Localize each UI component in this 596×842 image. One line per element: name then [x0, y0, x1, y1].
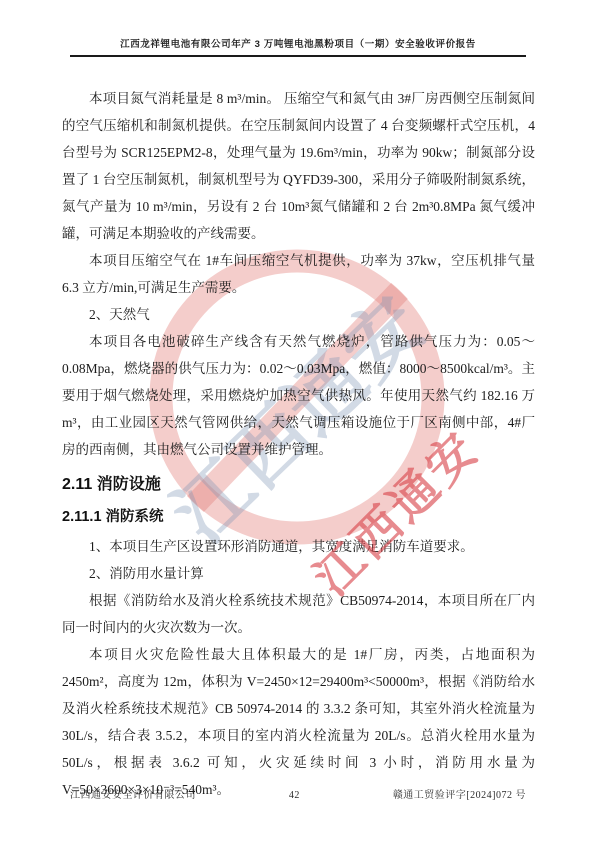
section-heading: 2.11 消防设施	[62, 470, 535, 500]
paragraph: 2、消防用水量计算	[62, 560, 535, 587]
section-heading: 2.11.1 消防系统	[62, 503, 535, 532]
paragraph: 本项目氮气消耗量是 8 m³/min。 压缩空气和氮气由 3#厂房西侧空压制氮间…	[62, 85, 535, 247]
footer-doc-number: 赣通工贸验评字[2024]072 号	[393, 786, 526, 801]
paragraph: 根据《消防给水及消火栓系统技术规范》CB50974-2014，本项目所在厂内同一…	[62, 587, 535, 641]
paragraph: 2、天然气	[62, 301, 535, 328]
paragraph: 本项目压缩空气在 1#车间压缩空气机提供，功率为 37kw，空压机排气量 6.3…	[62, 247, 535, 301]
footer-company: 江西通安安全评价有限公司	[70, 786, 196, 801]
document-page: 江西通安 江西龙祥锂电池有限公司年产 3 万吨锂电池黑粉项目（一期）安全验收评价…	[0, 0, 596, 842]
document-body: 本项目氮气消耗量是 8 m³/min。 压缩空气和氮气由 3#厂房西侧空压制氮间…	[62, 85, 535, 803]
paragraph: 本项目火灾危险性最大且体积最大的是 1#厂房，丙类，占地面积为 2450m²，高…	[62, 641, 535, 803]
paragraph: 本项目各电池破碎生产线含有天然气燃烧炉，管路供气压力为：0.05～0.08Mpa…	[62, 328, 535, 463]
footer-page-number: 42	[289, 790, 300, 801]
paragraph: 1、本项目生产区设置环形消防通道，其宽度满足消防车道要求。	[62, 533, 535, 560]
report-title: 江西龙祥锂电池有限公司年产 3 万吨锂电池黑粉项目（一期）安全验收评价报告	[120, 39, 476, 50]
page-header: 江西龙祥锂电池有限公司年产 3 万吨锂电池黑粉项目（一期）安全验收评价报告	[70, 36, 526, 57]
page-footer: 江西通安安全评价有限公司 42 赣通工贸验评字[2024]072 号	[70, 786, 526, 801]
